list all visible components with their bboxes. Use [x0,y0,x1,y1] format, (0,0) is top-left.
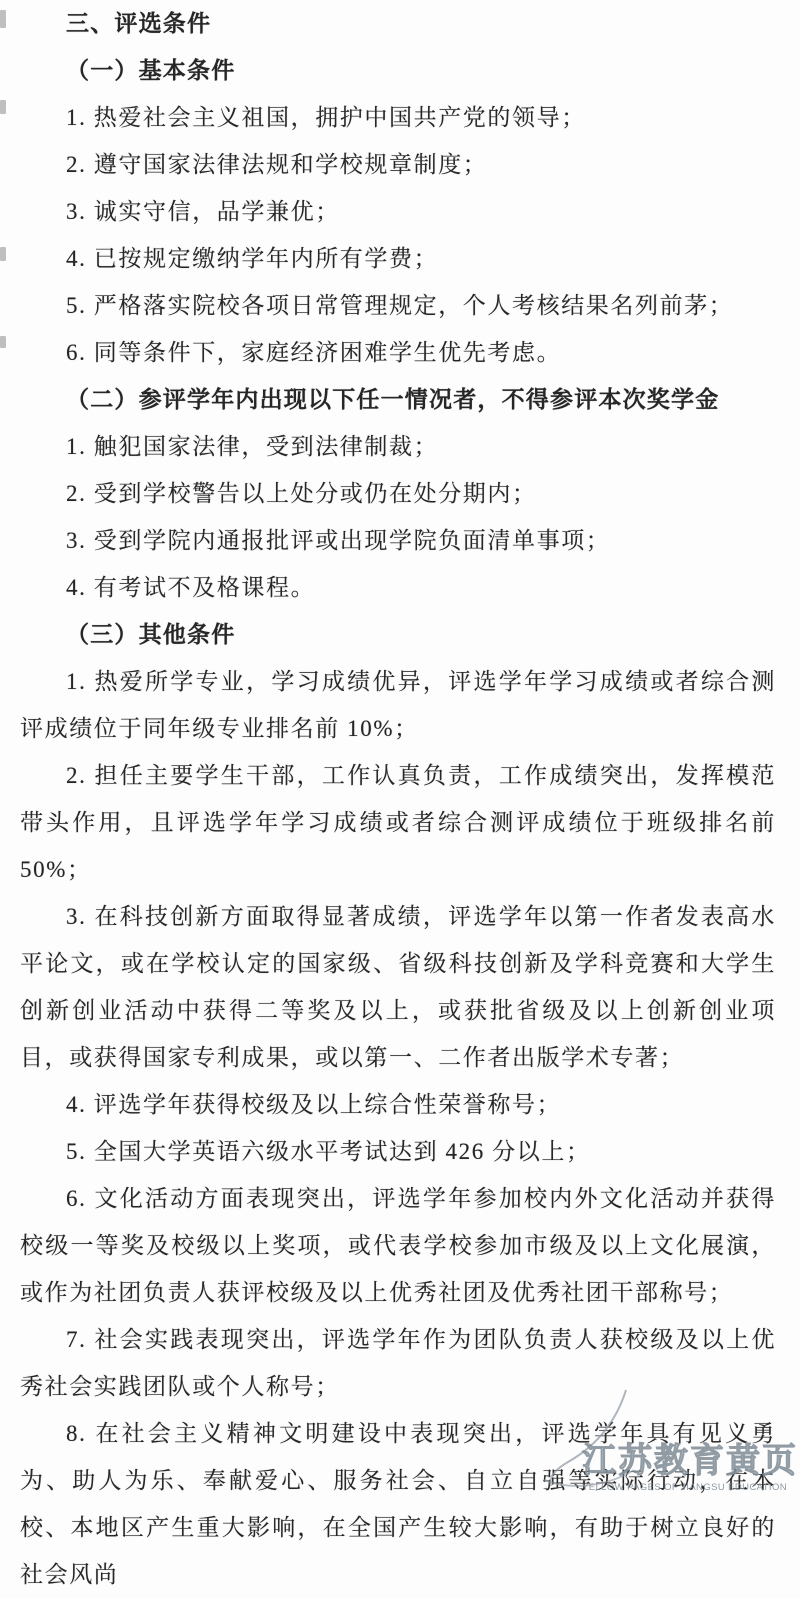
list-item: 1. 热爱社会主义祖国，拥护中国共产党的领导； [20,94,776,141]
list-item: 1. 热爱所学专业，学习成绩优异，评选学年学习成绩或者综合测评成绩位于同年级专业… [20,658,776,752]
section-2-heading: （二）参评学年内出现以下任一情况者，不得参评本次奖学金 [20,376,776,423]
document-page: 三、评选条件 （一）基本条件 1. 热爱社会主义祖国，拥护中国共产党的领导； 2… [0,0,800,1504]
list-item: 4. 评选学年获得校级及以上综合性荣誉称号； [20,1081,776,1128]
list-item: 4. 已按规定缴纳学年内所有学费； [20,235,776,282]
list-item: 8. 在社会主义精神文明建设中表现突出，评选学年具有见义勇为、助人为乐、奉献爱心… [20,1410,776,1504]
scan-speck [0,336,6,348]
list-item: 3. 受到学院内通报批评或出现学院负面清单事项； [20,517,776,564]
list-item: 2. 受到学校警告以上处分或仍在处分期内； [20,470,776,517]
list-item: 6. 文化活动方面表现突出，评选学年参加校内外文化活动并获得校级一等奖及校级以上… [20,1175,776,1316]
list-item: 3. 在科技创新方面取得显著成绩，评选学年以第一作者发表高水平论文，或在学校认定… [20,893,776,1081]
scan-speck [0,10,6,28]
list-item: 7. 社会实践表现突出，评选学年作为团队负责人获校级及以上优秀社会实践团队或个人… [20,1316,776,1410]
list-item: 5. 全国大学英语六级水平考试达到 426 分以上； [20,1128,776,1175]
section-3-heading: （三）其他条件 [20,611,776,658]
list-item: 5. 严格落实院校各项日常管理规定，个人考核结果名列前茅； [20,282,776,329]
list-item: 1. 触犯国家法律，受到法律制裁； [20,423,776,470]
list-item: 6. 同等条件下，家庭经济困难学生优先考虑。 [20,329,776,376]
scan-speck [0,100,6,114]
list-item: 4. 有考试不及格课程。 [20,564,776,611]
list-item: 3. 诚实守信，品学兼优； [20,188,776,235]
list-item: 2. 遵守国家法律法规和学校规章制度； [20,141,776,188]
section-1-heading: （一）基本条件 [20,47,776,94]
list-item: 2. 担任主要学生干部，工作认真负责，工作成绩突出，发挥模范带头作用，且评选学年… [20,752,776,893]
page-title: 三、评选条件 [20,0,776,47]
scan-speck [0,247,6,261]
